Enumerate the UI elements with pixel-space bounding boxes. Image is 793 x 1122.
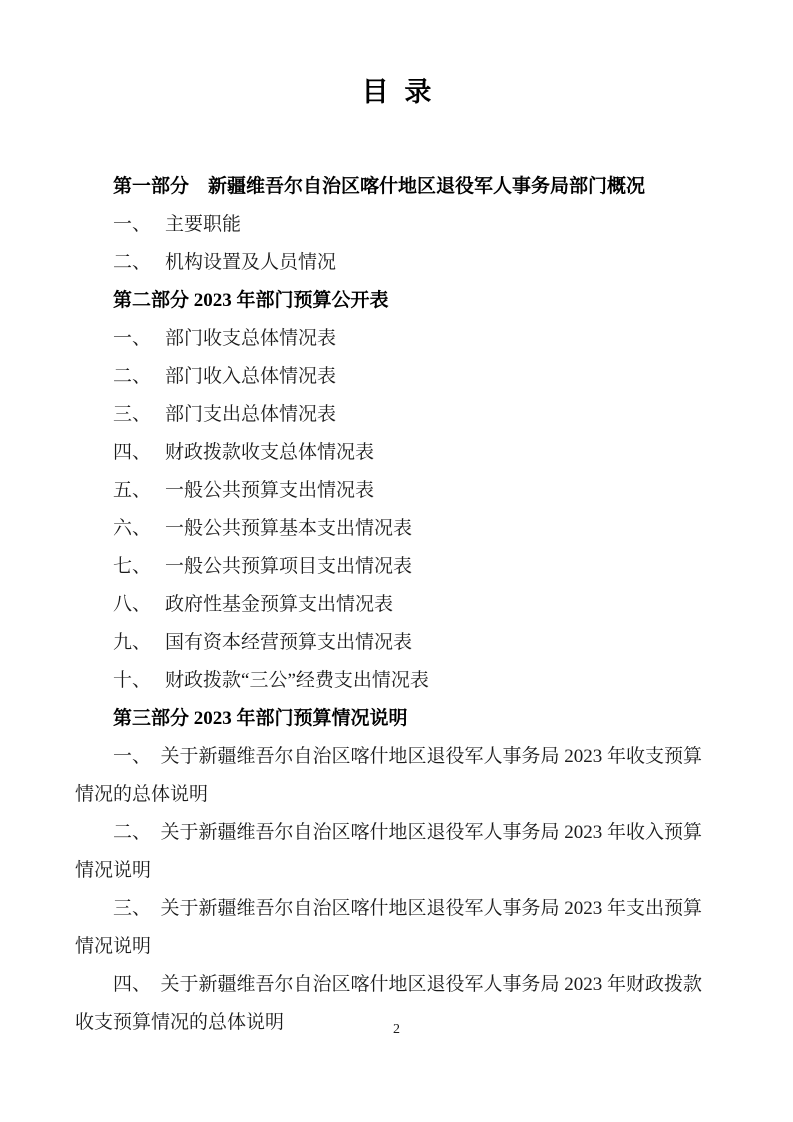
toc-item-number: 九、 (113, 632, 151, 653)
toc-item-text: 机构设置及人员情况 (165, 252, 336, 273)
toc-item-text: 财政拨款“三公”经费支出情况表 (165, 670, 429, 691)
toc-item-number: 七、 (113, 556, 151, 577)
toc-item: 二、机构设置及人员情况 (75, 244, 718, 282)
toc-item: 五、一般公共预算支出情况表 (75, 472, 718, 510)
toc-item-text: 一般公共预算基本支出情况表 (165, 518, 412, 539)
toc-item-text: 政府性基金预算支出情况表 (165, 594, 393, 615)
toc-item-text: 主要职能 (165, 214, 241, 235)
toc-item: 七、一般公共预算项目支出情况表 (75, 548, 718, 586)
page-number: 2 (0, 1020, 793, 1040)
document-page: 目 录 第一部分 新疆维吾尔自治区喀什地区退役军人事务局部门概况 一、主要职能 … (0, 0, 793, 1122)
toc-item: 一、主要职能 (75, 206, 718, 244)
section-3-heading: 第三部分 2023 年部门预算情况说明 (75, 700, 718, 738)
toc-item-text: 部门支出总体情况表 (165, 404, 336, 425)
toc-item: 十、财政拨款“三公”经费支出情况表 (75, 662, 718, 700)
toc-item: 八、政府性基金预算支出情况表 (75, 586, 718, 624)
toc-item-number: 八、 (113, 594, 151, 615)
toc-item-number: 一、 (113, 214, 151, 235)
toc-item-number: 六、 (113, 518, 151, 539)
toc-item: 一、部门收支总体情况表 (75, 320, 718, 358)
toc-item-number: 一、 (113, 328, 151, 349)
section-2-heading: 第二部分 2023 年部门预算公开表 (75, 282, 718, 320)
toc-item-number: 四、 (113, 442, 151, 463)
toc-item-text: 国有资本经营预算支出情况表 (165, 632, 412, 653)
toc-item-number: 三、 (113, 404, 151, 425)
toc-paragraph: 一、 关于新疆维吾尔自治区喀什地区退役军人事务局 2023 年收支预算情况的总体… (75, 738, 718, 814)
section-1-heading: 第一部分 新疆维吾尔自治区喀什地区退役军人事务局部门概况 (75, 168, 718, 206)
table-of-contents: 第一部分 新疆维吾尔自治区喀什地区退役军人事务局部门概况 一、主要职能 二、机构… (75, 168, 718, 1042)
toc-item: 二、部门收入总体情况表 (75, 358, 718, 396)
toc-item-text: 部门收支总体情况表 (165, 328, 336, 349)
toc-item-text: 部门收入总体情况表 (165, 366, 336, 387)
toc-item: 三、部门支出总体情况表 (75, 396, 718, 434)
toc-item-number: 五、 (113, 480, 151, 501)
toc-item: 九、国有资本经营预算支出情况表 (75, 624, 718, 662)
toc-paragraph: 二、 关于新疆维吾尔自治区喀什地区退役军人事务局 2023 年收入预算情况说明 (75, 814, 718, 890)
toc-item: 六、一般公共预算基本支出情况表 (75, 510, 718, 548)
toc-item-number: 二、 (113, 366, 151, 387)
toc-item-text: 一般公共预算项目支出情况表 (165, 556, 412, 577)
toc-item-number: 二、 (113, 252, 151, 273)
toc-item-text: 一般公共预算支出情况表 (165, 480, 374, 501)
toc-item: 四、财政拨款收支总体情况表 (75, 434, 718, 472)
toc-item-number: 十、 (113, 670, 151, 691)
page-title: 目 录 (0, 0, 793, 112)
toc-item-text: 财政拨款收支总体情况表 (165, 442, 374, 463)
toc-paragraph: 三、 关于新疆维吾尔自治区喀什地区退役军人事务局 2023 年支出预算情况说明 (75, 890, 718, 966)
